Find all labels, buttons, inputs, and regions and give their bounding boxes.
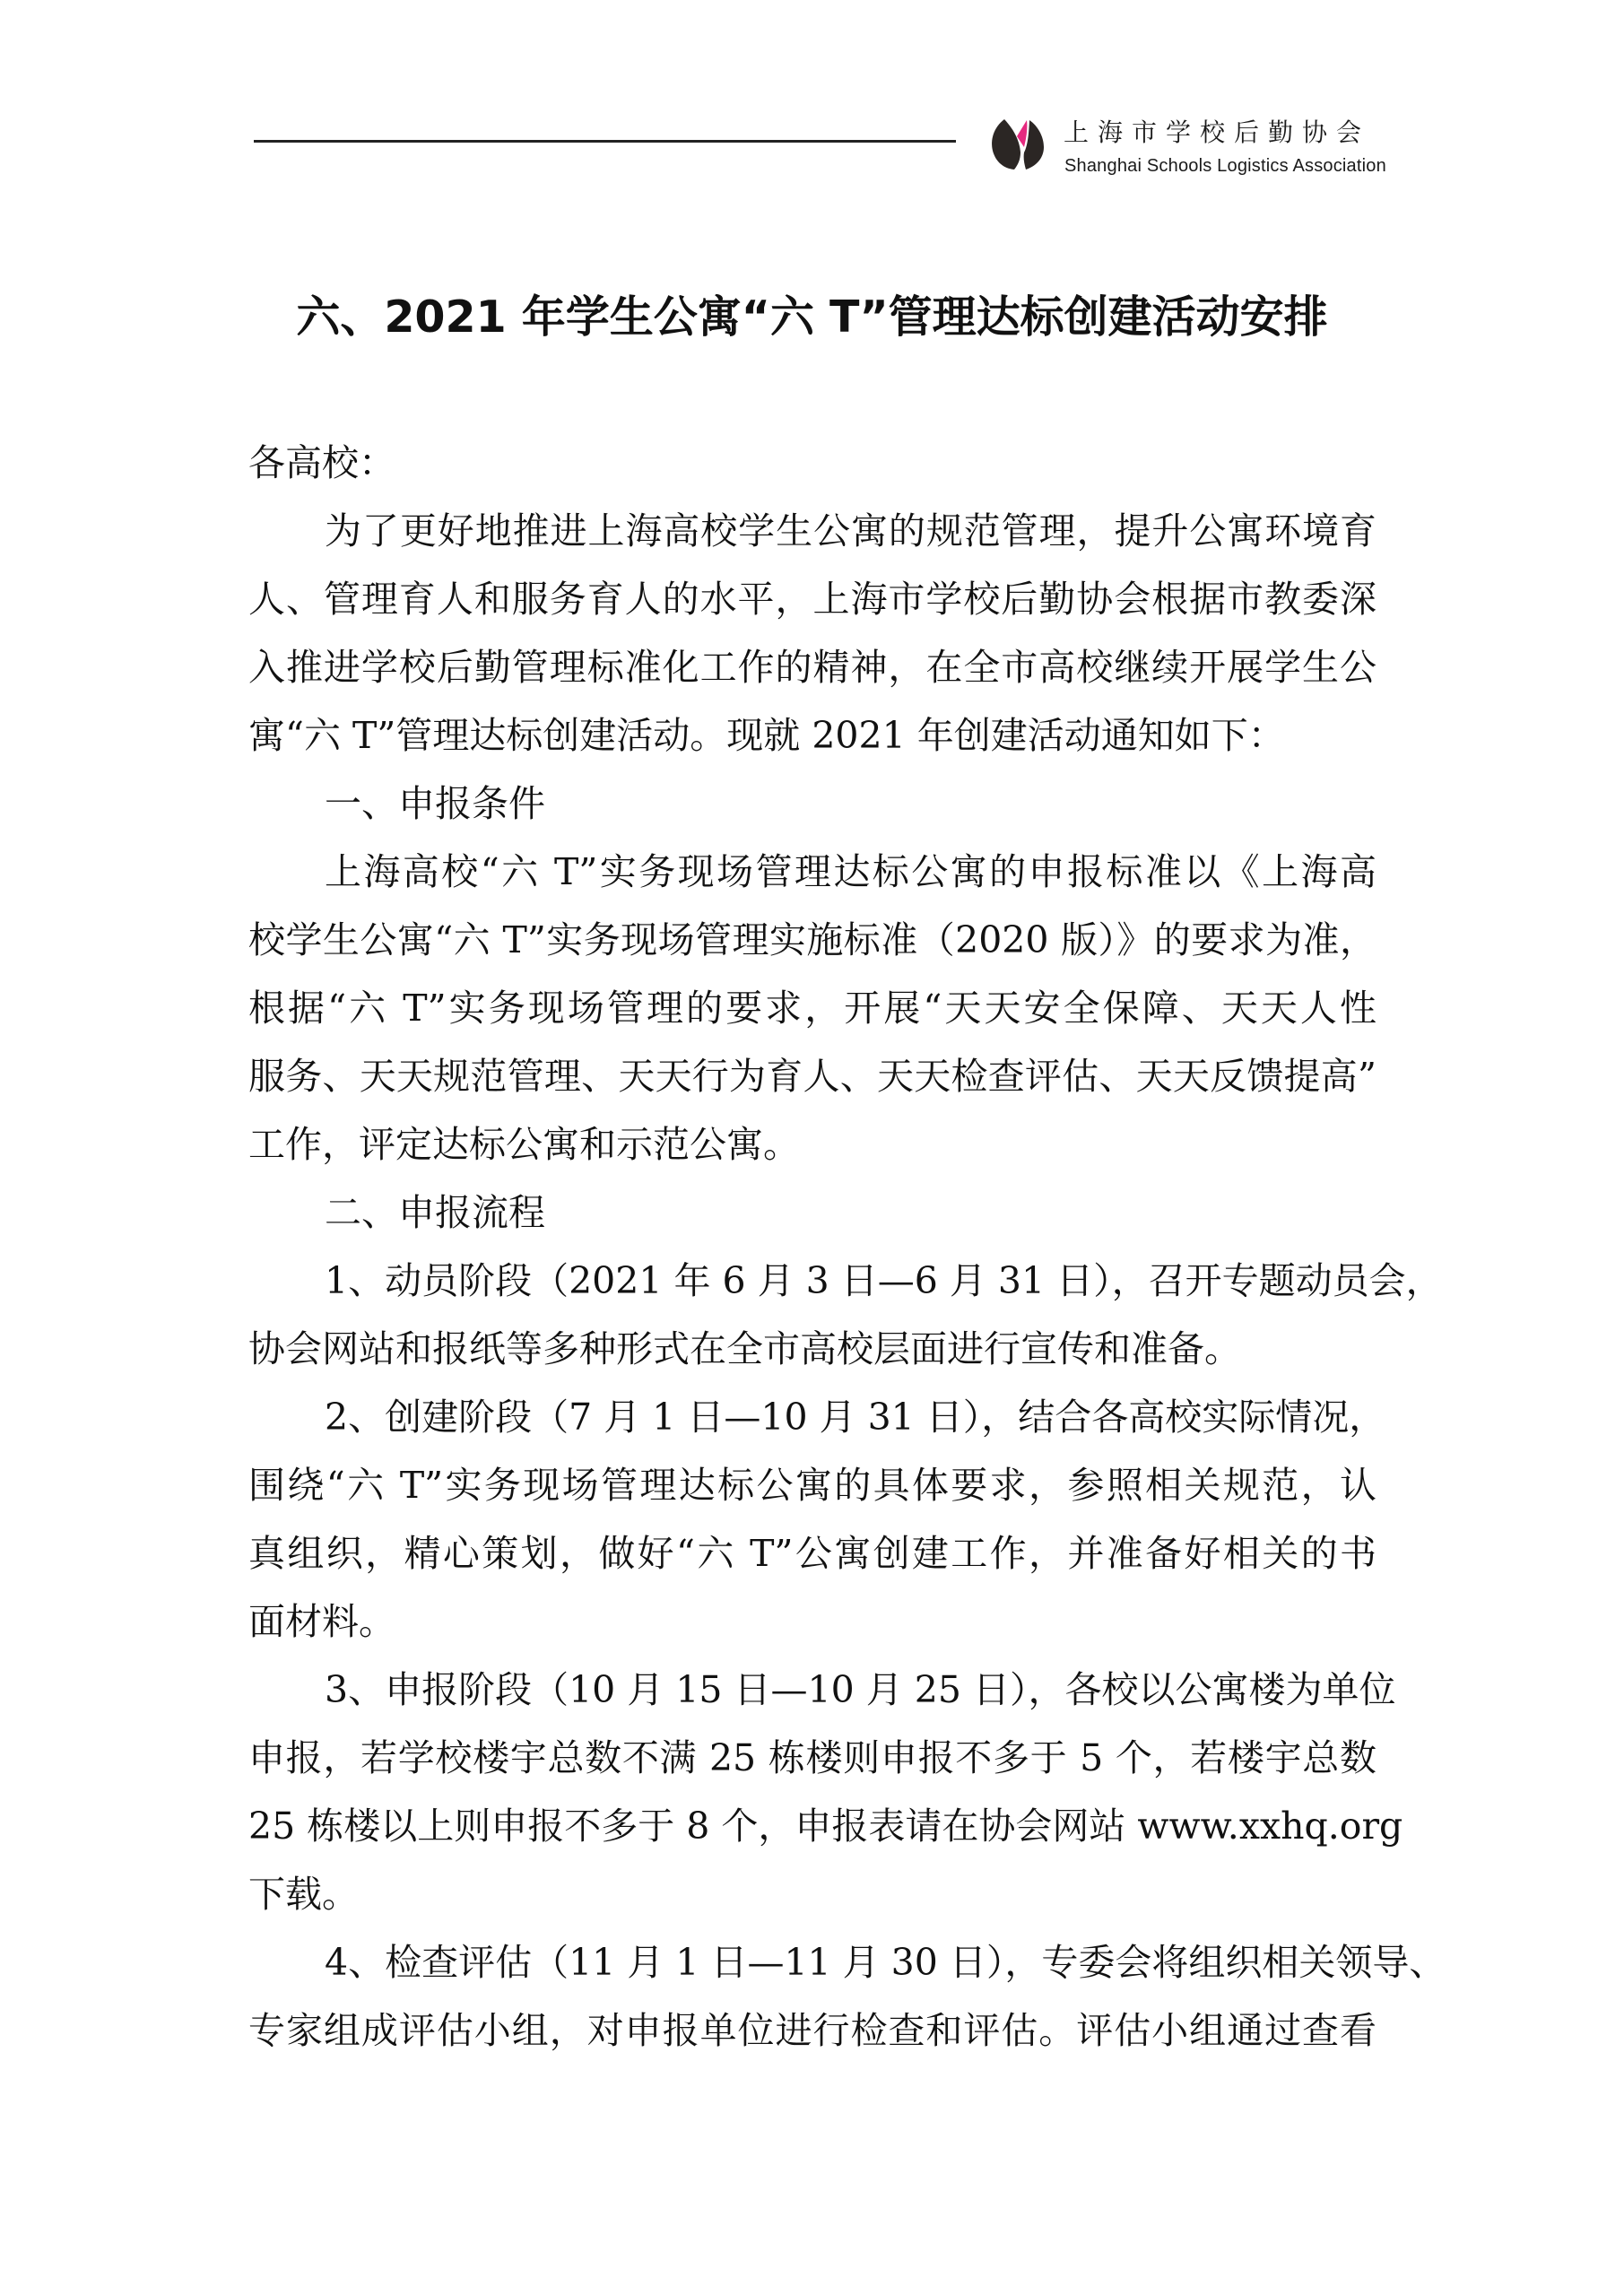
body-line: 工作，评定达标公寓和示范公寓。 [248, 1119, 1376, 1170]
body-line: 协会网站和报纸等多种形式在全市高校层面进行宣传和准备。 [248, 1324, 1376, 1374]
section-heading-2: 二、申报流程 [325, 1187, 1376, 1238]
body-line: 根据“六 T”实务现场管理的要求，开展“天天安全保障、天天人性 [248, 983, 1376, 1033]
body-line: 面材料。 [248, 1596, 1376, 1647]
step-2-line: 2、创建阶段（7 月 1 日—10 月 31 日），结合各高校实际情况， [325, 1392, 1376, 1442]
body-line: 申报，若学校楼宇总数不满 25 栋楼则申报不多于 5 个，若楼宇总数 [248, 1733, 1376, 1783]
body-line: 上海高校“六 T”实务现场管理达标公寓的申报标准以《上海高 [325, 847, 1376, 897]
body-line: 入推进学校后勤管理标准化工作的精神，在全市高校继续开展学生公 [248, 642, 1376, 692]
header-rule [254, 140, 956, 143]
step-4-line: 4、检查评估（11 月 1 日—11 月 30 日），专委会将组织相关领导、 [325, 1937, 1376, 1987]
salutation: 各高校： [248, 438, 1376, 488]
body-line: 校学生公寓“六 T”实务现场管理实施标准（2020 版）》的要求为准， [248, 915, 1376, 965]
body-line: 为了更好地推进上海高校学生公寓的规范管理，提升公寓环境育 [325, 506, 1376, 556]
document-title: 六、2021 年学生公寓“六 T”管理达标创建活动安排 [0, 289, 1624, 346]
org-name-cn: 上海市学校后勤协会 [1064, 117, 1370, 149]
section-heading-1: 一、申报条件 [325, 778, 1376, 829]
body-line: 服务、天天规范管理、天天行为育人、天天检查评估、天天反馈提高” [248, 1051, 1376, 1101]
body-line: 下载。 [248, 1869, 1376, 1919]
body-line: 寓“六 T”管理达标创建活动。现就 2021 年创建活动通知如下： [248, 710, 1376, 761]
body-line: 人、管理育人和服务育人的水平，上海市学校后勤协会根据市教委深 [248, 574, 1376, 624]
body-line: 围绕“六 T”实务现场管理达标公寓的具体要求，参照相关规范，认 [248, 1460, 1376, 1510]
leaf-logo-icon [990, 118, 1046, 170]
step-3-line: 3、申报阶段（10 月 15 日—10 月 25 日），各校以公寓楼为单位 [325, 1665, 1376, 1715]
body-line: 25 栋楼以上则申报不多于 8 个，申报表请在协会网站 www.xxhq.org [248, 1801, 1376, 1851]
body-line: 专家组成评估小组，对申报单位进行检查和评估。评估小组通过查看 [248, 2005, 1376, 2056]
step-1-line: 1、动员阶段（2021 年 6 月 3 日—6 月 31 日），召开专题动员会， [325, 1256, 1376, 1306]
org-name-en: Shanghai Schools Logistics Association [1064, 154, 1386, 178]
body-line: 真组织，精心策划，做好“六 T”公寓创建工作，并准备好相关的书 [248, 1528, 1376, 1578]
